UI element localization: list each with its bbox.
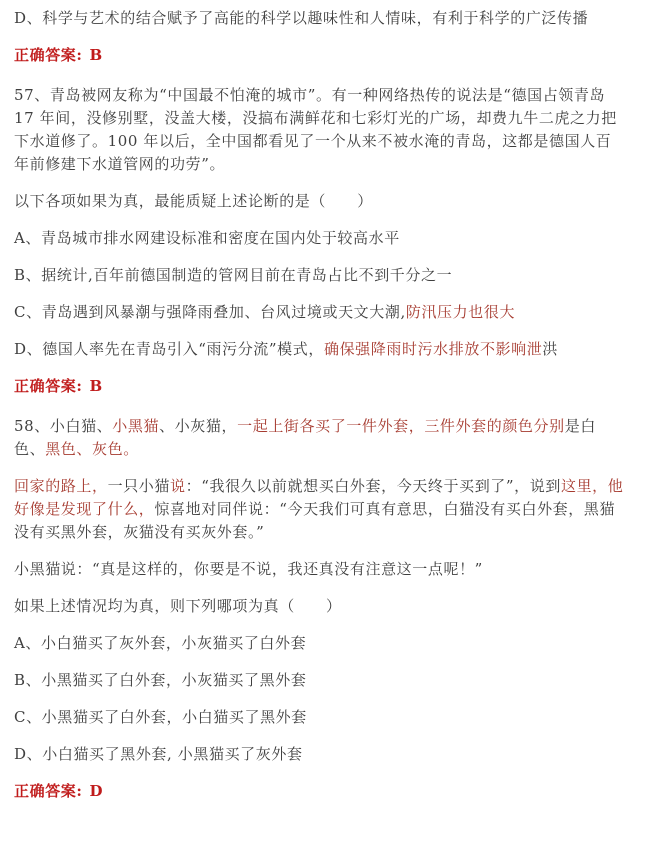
- question-58-option-a-text: A、小白猫买了灰外套，小灰猫买了白外套: [14, 634, 306, 652]
- question-57-prompt: 以下各项如果为真，最能质疑上述论断的是（ ）: [14, 190, 626, 213]
- question-58-stem: 58、小白猫、小黑猫、小灰猫，一起上街各买了一件外套，三件外套的颜色分别是白色、…: [14, 415, 626, 461]
- answer-57: 正确答案:B: [14, 375, 626, 398]
- question-57-option-a: A、青岛城市排水网建设标准和密度在国内处于较高水平: [14, 227, 626, 250]
- narrative-segment-highlight: 说: [170, 477, 186, 495]
- stem-segment: 、小灰猫，: [159, 417, 237, 435]
- stem-segment: 58、小白猫、: [14, 417, 112, 435]
- answer-56-value: B: [90, 46, 103, 64]
- question-57-option-a-text: A、青岛城市排水网建设标准和密度在国内处于较高水平: [14, 229, 400, 247]
- question-58-option-b-text: B、小黑猫买了白外套，小灰猫买了黑外套: [14, 671, 306, 689]
- question-57-option-d-highlight: 确保强降雨时污水排放不影响泄: [324, 340, 542, 358]
- answer-58-label: 正确答案:: [14, 782, 83, 800]
- question-57-option-c-text: C、青岛遇到风暴潮与强降雨叠加、台风过境或天文大潮,: [14, 303, 406, 321]
- question-57-option-d: D、德国人率先在青岛引入“雨污分流”模式，确保强降雨时污水排放不影响泄洪: [14, 338, 626, 361]
- question-57-option-b-text: B、据统计,百年前德国制造的管网目前在青岛占比不到千分之一: [14, 266, 452, 284]
- question-57-option-c-highlight: 防汛压力也很大: [406, 303, 515, 321]
- question-57-option-b: B、据统计,百年前德国制造的管网目前在青岛占比不到千分之一: [14, 264, 626, 287]
- narrative-segment-highlight: 回家的路上，: [14, 477, 108, 495]
- question-57-option-c: C、青岛遇到风暴潮与强降雨叠加、台风过境或天文大潮,防汛压力也很大: [14, 301, 626, 324]
- question-57-stem: 57、青岛被网友称为“中国最不怕淹的城市”。有一种网络热传的说法是“德国占领青岛…: [14, 84, 626, 176]
- answer-57-label: 正确答案:: [14, 377, 83, 395]
- question-58-narrative: 回家的路上，一只小猫说：“我很久以前就想买白外套，今天终于买到了”，说到这里，他…: [14, 475, 626, 544]
- stem-segment-highlight: 小黑猫: [112, 417, 159, 435]
- answer-57-value: B: [90, 377, 103, 395]
- exam-document-page: D、科学与艺术的结合赋予了高能的科学以趣味性和人情味，有利于科学的广泛传播 正确…: [0, 0, 664, 828]
- question-58-option-b: B、小黑猫买了白外套，小灰猫买了黑外套: [14, 669, 626, 692]
- black-cat-line-text: 小黑猫说：“真是这样的，你要是不说，我还真没有注意这一点呢！”: [14, 560, 483, 578]
- question-58-black-cat-line: 小黑猫说：“真是这样的，你要是不说，我还真没有注意这一点呢！”: [14, 558, 626, 581]
- question-57-stem-text: 57、青岛被网友称为“中国最不怕淹的城市”。有一种网络热传的说法是“德国占领青岛…: [14, 86, 617, 173]
- question-58-option-c: C、小黑猫买了白外套，小白猫买了黑外套: [14, 706, 626, 729]
- question-57-prompt-text: 以下各项如果为真，最能质疑上述论断的是（ ）: [14, 192, 373, 210]
- stem-segment-highlight: 一起上街各买了一件外套，三件外套的颜色分别: [237, 417, 565, 435]
- answer-56-label: 正确答案:: [14, 46, 83, 64]
- answer-56: 正确答案:B: [14, 44, 626, 67]
- question-56-option-d-text: D、科学与艺术的结合赋予了高能的科学以趣味性和人情味，有利于科学的广泛传播: [14, 9, 588, 27]
- stem-segment-highlight: 黑色、灰色。: [45, 440, 139, 458]
- question-58-option-a: A、小白猫买了灰外套，小灰猫买了白外套: [14, 632, 626, 655]
- question-58-option-d: D、小白猫买了黑外套, 小黑猫买了灰外套: [14, 743, 626, 766]
- narrative-segment: ：“我很久以前就想买白外套，今天终于买到了”，说到: [186, 477, 561, 495]
- answer-58-value: D: [90, 782, 104, 800]
- question-58-option-c-text: C、小黑猫买了白外套，小白猫买了黑外套: [14, 708, 307, 726]
- question-57-option-d-tail: 洪: [542, 340, 558, 358]
- narrative-segment: 一只小猫: [108, 477, 170, 495]
- question-58-option-d-text: D、小白猫买了黑外套, 小黑猫买了灰外套: [14, 745, 303, 763]
- question-58-prompt: 如果上述情况均为真，则下列哪项为真（ ）: [14, 595, 626, 618]
- answer-58: 正确答案:D: [14, 780, 626, 803]
- question-57-option-d-text: D、德国人率先在青岛引入“雨污分流”模式，: [14, 340, 324, 358]
- question-56-option-d: D、科学与艺术的结合赋予了高能的科学以趣味性和人情味，有利于科学的广泛传播: [14, 7, 626, 30]
- question-58-prompt-text: 如果上述情况均为真，则下列哪项为真（ ）: [14, 597, 342, 615]
